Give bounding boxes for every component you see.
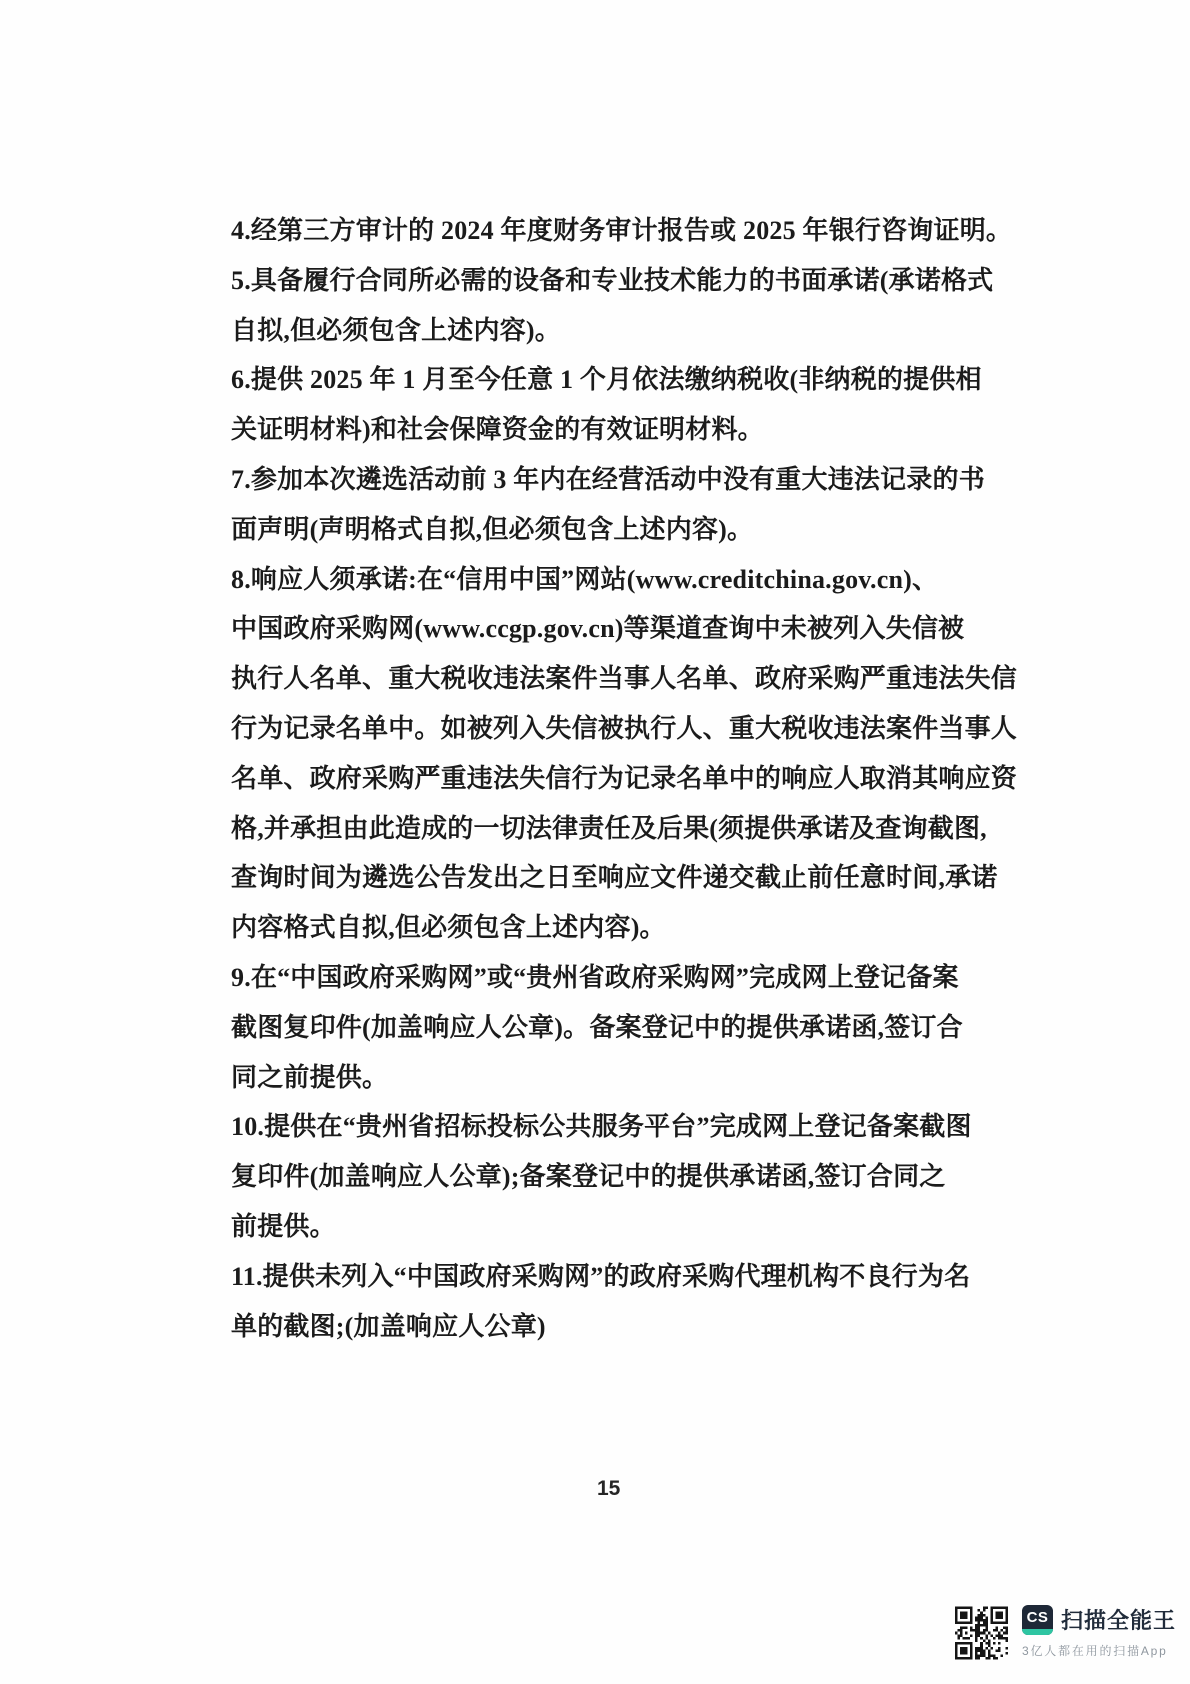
text-line: 复印件(加盖响应人公章);备案登记中的提供承诺函,签订合同之: [231, 1152, 1031, 1202]
text-line: 截图复印件(加盖响应人公章)。备案登记中的提供承诺函,签订合: [231, 1003, 1031, 1053]
camscanner-branding: CS 扫描全能王 3亿人都在用的扫描App: [1022, 1604, 1176, 1659]
document-body: 4.经第三方审计的 2024 年度财务审计报告或 2025 年银行咨询证明。5.…: [231, 206, 1031, 1351]
camscanner-watermark: CS 扫描全能王 3亿人都在用的扫描App: [955, 1604, 1176, 1662]
text-line: 6.提供 2025 年 1 月至今任意 1 个月依法缴纳税收(非纳税的提供相: [231, 355, 1031, 405]
text-line: 执行人名单、重大税收违法案件当事人名单、政府采购严重违法失信: [231, 654, 1031, 704]
text-line: 关证明材料)和社会保障资金的有效证明材料。: [231, 405, 1031, 455]
text-line: 面声明(声明格式自拟,但必须包含上述内容)。: [231, 505, 1031, 555]
scanned-document-page: 4.经第三方审计的 2024 年度财务审计报告或 2025 年银行咨询证明。5.…: [0, 0, 1190, 1684]
text-line: 7.参加本次遴选活动前 3 年内在经营活动中没有重大违法记录的书: [231, 455, 1031, 505]
camscanner-logo-letters: CS: [1027, 1609, 1049, 1626]
app-name: 扫描全能王: [1061, 1604, 1176, 1635]
text-line: 自拟,但必须包含上述内容)。: [231, 306, 1031, 356]
qr-code-icon: [955, 1604, 1008, 1662]
text-line: 内容格式自拟,但必须包含上述内容)。: [231, 903, 1031, 953]
text-line: 5.具备履行合同所必需的设备和专业技术能力的书面承诺(承诺格式: [231, 256, 1031, 306]
app-tagline: 3亿人都在用的扫描App: [1022, 1642, 1176, 1659]
text-line: 11.提供未列入“中国政府采购网”的政府采购代理机构不良行为名: [231, 1252, 1031, 1302]
text-line: 9.在“中国政府采购网”或“贵州省政府采购网”完成网上登记备案: [231, 953, 1031, 1003]
text-line: 10.提供在“贵州省招标投标公共服务平台”完成网上登记备案截图: [231, 1102, 1031, 1152]
text-line: 4.经第三方审计的 2024 年度财务审计报告或 2025 年银行咨询证明。: [231, 206, 1031, 256]
text-line: 中国政府采购网(www.ccgp.gov.cn)等渠道查询中未被列入失信被: [231, 604, 1031, 654]
text-line: 8.响应人须承诺:在“信用中国”网站(www.creditchina.gov.c…: [231, 555, 1031, 605]
page-number: 15: [597, 1477, 620, 1501]
text-line: 名单、政府采购严重违法失信行为记录名单中的响应人取消其响应资: [231, 754, 1031, 804]
text-line: 查询时间为遴选公告发出之日至响应文件递交截止前任意时间,承诺: [231, 853, 1031, 903]
text-line: 前提供。: [231, 1202, 1031, 1252]
text-line: 行为记录名单中。如被列入失信被执行人、重大税收违法案件当事人: [231, 704, 1031, 754]
text-line: 格,并承担由此造成的一切法律责任及后果(须提供承诺及查询截图,: [231, 804, 1031, 854]
camscanner-logo-icon: CS: [1022, 1605, 1053, 1635]
text-line: 同之前提供。: [231, 1053, 1031, 1103]
text-line: 单的截图;(加盖响应人公章): [231, 1302, 1031, 1352]
